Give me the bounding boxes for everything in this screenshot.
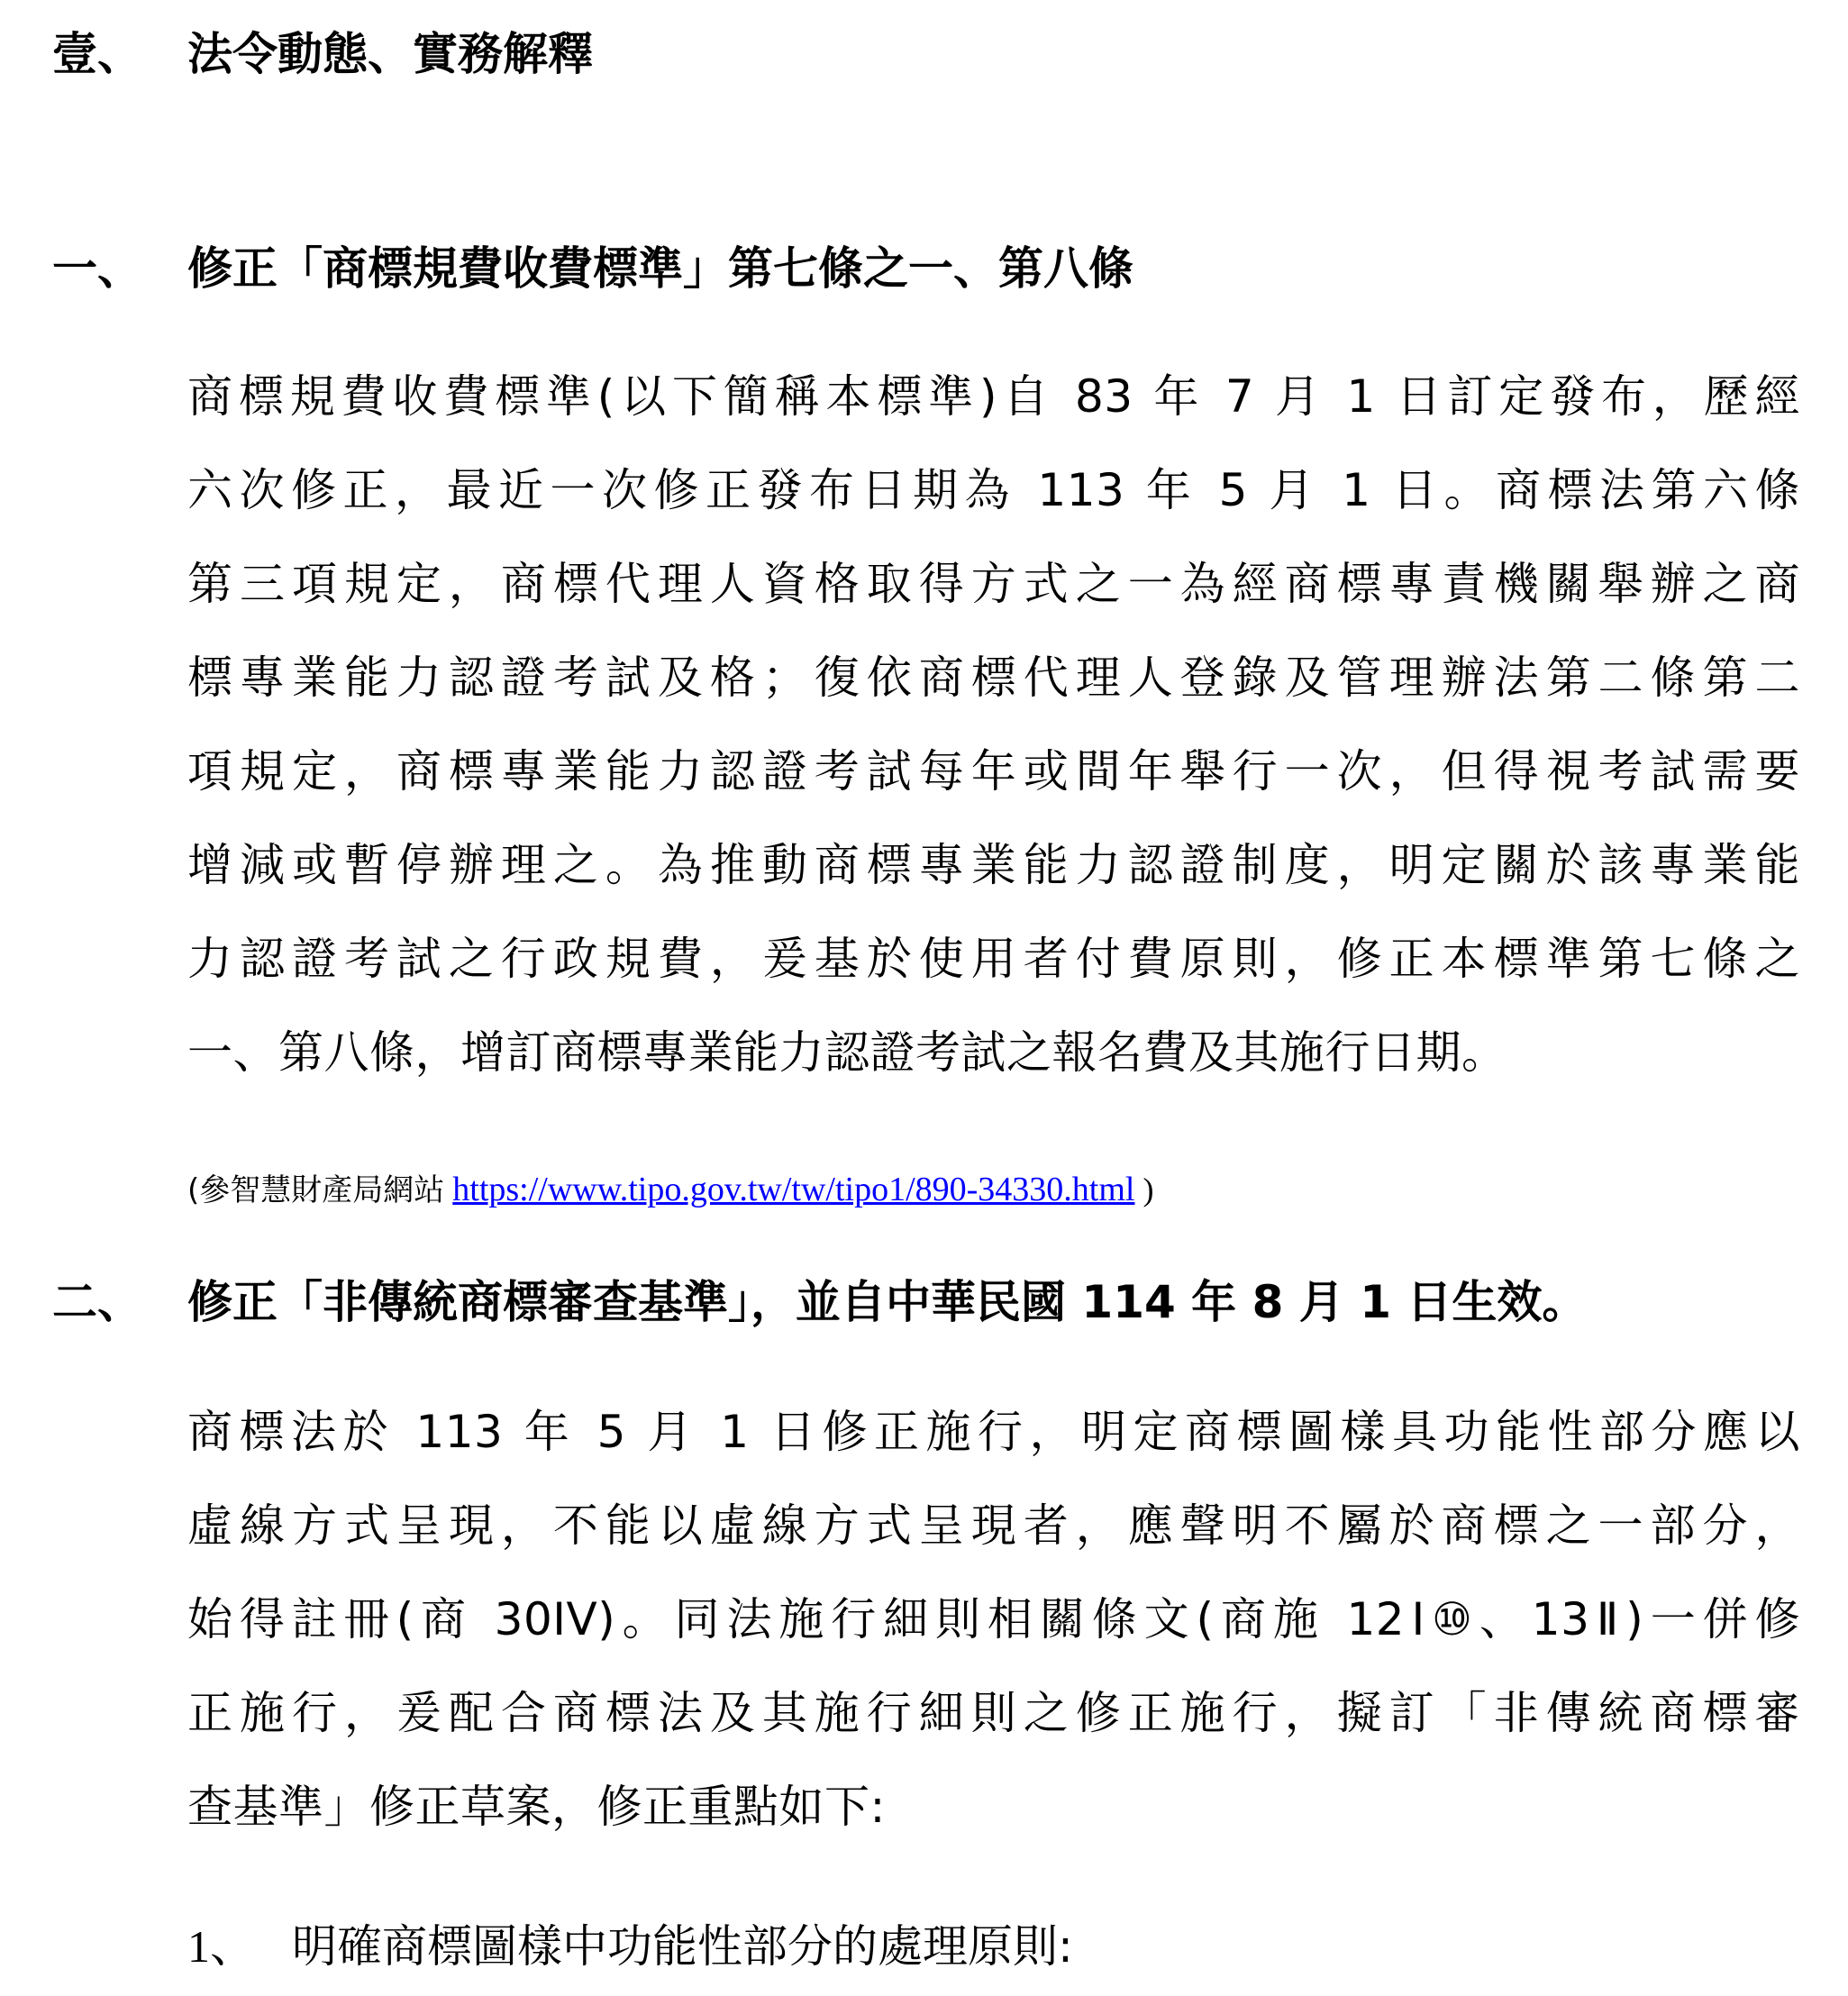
reference-note: (參智慧財產局網站 https://www.tipo.gov.tw/tw/tip… <box>187 1168 1153 1212</box>
list-item-text: 明確商標圖樣中功能性部分的處理原則: <box>292 1919 1073 1973</box>
paragraph-line: 虛線方式呈現，不能以虛線方式呈現者，應聲明不屬於商標之一部分， <box>187 1479 1800 1572</box>
item-1-title: 修正「商標規費收費標準」第七條之一、第八條 <box>187 242 1133 296</box>
reference-link[interactable]: https://www.tipo.gov.tw/tw/tipo1/890-343… <box>452 1171 1134 1208</box>
reference-suffix: ) <box>1142 1171 1153 1208</box>
document-page: 壹、 法令動態、實務解釋 一、 修正「商標規費收費標準」第七條之一、第八條 商標… <box>0 0 1848 1996</box>
item-2-title: 修正「非傳統商標審查基準」，並自中華民國 114 年 8 月 1 日生效。 <box>187 1275 1587 1329</box>
item-2-paragraph: 商標法於 113 年 5 月 1 日修正施行，明定商標圖樣具功能性部分應以 虛線… <box>187 1385 1800 1854</box>
paragraph-line: 力認證考試之行政規費，爰基於使用者付費原則，修正本標準第七條之 <box>187 912 1800 1006</box>
paragraph-line: 六次修正，最近一次修正發布日期為 113 年 5 月 1 日。商標法第六條 <box>187 443 1800 537</box>
paragraph-line: 標專業能力認證考試及格；復依商標代理人登錄及管理辦法第二條第二 <box>187 631 1800 725</box>
section-title: 法令動態、實務解釋 <box>187 27 593 81</box>
paragraph-line: 始得註冊(商 30IV)。同法施行細則相關條文(商施 12Ⅰ⑩、13Ⅱ)一併修 <box>187 1572 1800 1666</box>
list-marker: 1、 <box>187 1919 255 1973</box>
item-1-paragraph: 商標規費收費標準(以下簡稱本標準)自 83 年 7 月 1 日訂定發布，歷經 六… <box>187 350 1800 1099</box>
section-number: 壹、 <box>52 27 142 81</box>
item-1-number: 一、 <box>52 242 142 296</box>
paragraph-line: 查基準」修正草案，修正重點如下: <box>187 1760 1800 1854</box>
paragraph-line: 一、第八條，增訂商標專業能力認證考試之報名費及其施行日期。 <box>187 1006 1800 1099</box>
paragraph-line: 增減或暫停辦理之。為推動商標專業能力認證制度，明定關於該專業能 <box>187 818 1800 912</box>
item-2-number: 二、 <box>52 1275 142 1329</box>
paragraph-line: 商標規費收費標準(以下簡稱本標準)自 83 年 7 月 1 日訂定發布，歷經 <box>187 350 1800 443</box>
reference-prefix: (參智慧財產局網站 <box>187 1172 444 1208</box>
paragraph-line: 項規定，商標專業能力認證考試每年或間年舉行一次，但得視考試需要 <box>187 725 1800 818</box>
paragraph-line: 正施行，爰配合商標法及其施行細則之修正施行，擬訂「非傳統商標審 <box>187 1666 1800 1760</box>
paragraph-line: 商標法於 113 年 5 月 1 日修正施行，明定商標圖樣具功能性部分應以 <box>187 1385 1800 1479</box>
paragraph-line: 第三項規定，商標代理人資格取得方式之一為經商標專責機關舉辦之商 <box>187 537 1800 631</box>
